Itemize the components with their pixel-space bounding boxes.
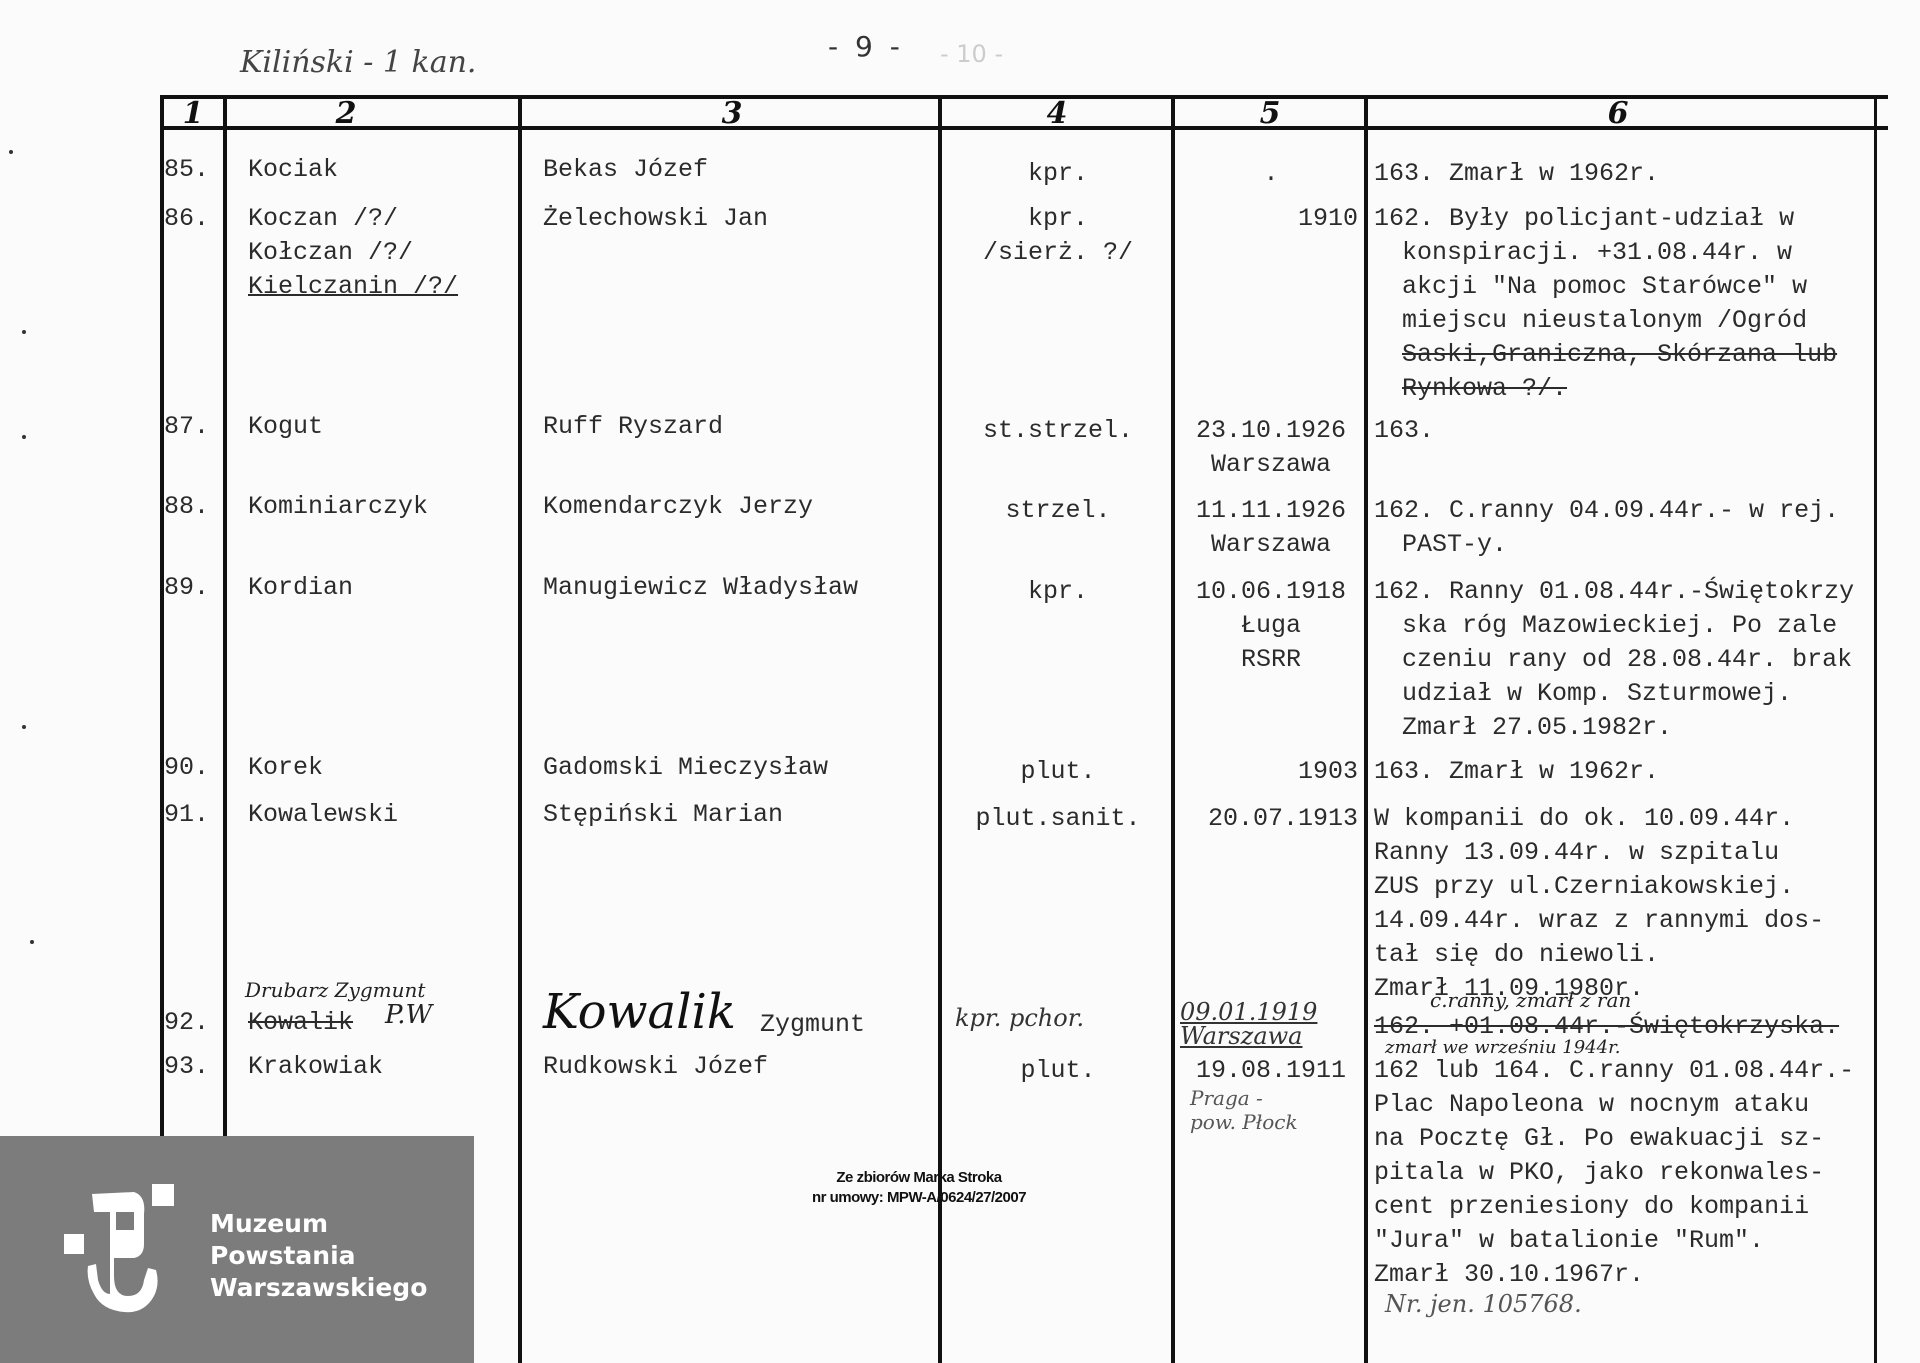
row-number: 91. [164,798,209,832]
handwritten-birth-place: Praga - pow. Płock [1190,1086,1298,1134]
handwritten-line: Praga - [1190,1086,1298,1110]
stamp-line-1: Ze zbiorów Marka Stroka [774,1168,1064,1188]
handwritten-pow-number: Nr. jen. 105768. [1385,1290,1582,1318]
notes: tał się do niewoli. [1374,938,1884,972]
birth-place: Warszawa [1178,528,1364,562]
handwritten-birth-date: 09.01.1919 [1180,1000,1317,1024]
handwritten-mark: P.W [385,1000,432,1030]
margin-dot [9,150,13,154]
header-bottom-border [160,126,1888,130]
pseudonym: Krakowiak [248,1050,383,1084]
kotwica-anchor-icon [64,1184,184,1314]
rank: plut.sanit. [944,802,1172,836]
pseudonym: Kogut [248,410,323,444]
notes: Saski,Graniczna, Skórzana lub [1402,338,1912,372]
ghost-page-number: - 10 - [940,40,1003,68]
notes: miejscu nieustalonym /Ogród [1402,304,1912,338]
stamp-line-2: nr umowy: MPW-A/0624/27/2007 [774,1188,1064,1208]
handwritten-heading: Kiliński - 1 kan. [240,45,476,80]
notes: "Jura" w batalionie "Rum". [1374,1224,1884,1258]
row-number: 93. [164,1050,209,1084]
pseudonym: Kociak [248,153,338,187]
birth-date: 23.10.1926 [1178,414,1364,448]
notes: czeniu rany od 28.08.44r. brak [1402,643,1912,677]
logo-line-3: Warszawskiego [210,1272,427,1304]
notes: akcji "Na pomoc Starówce" w [1402,270,1912,304]
birth-date: 19.08.1911 [1178,1054,1364,1088]
pseudonym: Korek [248,751,323,785]
birth-date: 20.07.1913 [1178,802,1364,836]
notes: 162. C.ranny 04.09.44r.- w rej. [1374,494,1884,528]
notes: cent przeniesiony do kompanii [1374,1190,1884,1224]
notes: Plac Napoleona w nocnym ataku [1374,1088,1884,1122]
birth-place: Ługa [1178,609,1364,643]
handwritten-note-above: c.ranny, zmarł z ran [1430,988,1631,1012]
handwritten-birth: 09.01.1919 Warszawa [1180,1000,1317,1048]
first-name: Zygmunt [760,1008,865,1042]
full-name: Stępiński Marian [543,798,783,832]
column-header-4: 4 [942,96,1172,126]
row-number: 92. [164,1006,209,1040]
rank: strzel. [944,494,1172,528]
pseudonym: Kordian [248,571,353,605]
logo-line-2: Powstania [210,1240,427,1272]
notes: 162 lub 164. C.ranny 01.08.44r.- [1374,1054,1884,1088]
birth-date: 1903 [1178,755,1364,789]
row-number: 88. [164,490,209,524]
full-name: Rudkowski Józef [543,1050,768,1084]
page-number: - 9 - [828,30,904,63]
handwritten-line: pow. Płock [1190,1110,1298,1134]
museum-logo-badge: Muzeum Powstania Warszawskiego [0,1136,474,1363]
column-divider [1364,95,1368,1363]
column-divider [518,95,522,1363]
margin-dot [22,435,26,439]
birth-date: . [1178,157,1364,191]
document-page: Kiliński - 1 kan. - 9 - - 10 - 1 2 3 4 5… [0,0,1920,1363]
notes: W kompanii do ok. 10.09.44r. [1374,802,1884,836]
rank: plut. [944,1054,1172,1088]
notes: Rynkowa ?/. [1402,372,1912,406]
notes: 163. Zmarł w 1962r. [1374,755,1884,789]
margin-dot [22,330,26,334]
pseudonym: Kowalik [248,1006,353,1040]
rank: kpr. [944,202,1172,236]
pseudonym: Kominiarczyk [248,490,428,524]
full-name: Manugiewicz Władysław [543,571,858,605]
notes: Zmarł 27.05.1982r. [1402,711,1912,745]
notes: udział w Komp. Szturmowej. [1402,677,1912,711]
handwritten-rank: kpr. pchor. [955,1004,1084,1032]
notes: pitala w PKO, jako rekonwales- [1374,1156,1884,1190]
column-header-2: 2 [226,96,466,126]
margin-dot [22,725,26,729]
notes: ZUS przy ul.Czerniakowskiej. [1374,870,1884,904]
logo-line-1: Muzeum [210,1208,427,1240]
rank: kpr. [944,575,1172,609]
pseudonym: Kielczanin /?/ [248,270,458,304]
full-name: Ruff Ryszard [543,410,723,444]
full-name: Komendarczyk Jerzy [543,490,813,524]
rank: plut. [944,755,1172,789]
birth-date: 11.11.1926 [1178,494,1364,528]
notes: ska róg Mazowieckiej. Po zale [1402,609,1912,643]
notes: 14.09.44r. wraz z rannymi dos- [1374,904,1884,938]
birth-date: 1910 [1178,202,1364,236]
column-header-6: 6 [1368,96,1868,126]
birth-place: Warszawa [1178,448,1364,482]
birth-date: 10.06.1918 [1178,575,1364,609]
pseudonym: Koczan /?/ [248,202,398,236]
row-number: 87. [164,410,209,444]
museum-name: Muzeum Powstania Warszawskiego [210,1208,427,1304]
notes: 163. [1374,414,1884,448]
notes: na Pocztę Gł. Po ewakuacji sz- [1374,1122,1884,1156]
handwritten-surname: Kowalik [543,984,736,1040]
column-header-3: 3 [522,96,942,126]
notes: Zmarł 30.10.1967r. [1374,1258,1884,1292]
row-number: 89. [164,571,209,605]
notes: 162. Ranny 01.08.44r.-Świętokrzy [1374,575,1884,609]
notes: Ranny 13.09.44r. w szpitalu [1374,836,1884,870]
rank: st.strzel. [944,414,1172,448]
notes: konspiracji. +31.08.44r. w [1402,236,1912,270]
rank: /sierż. ?/ [944,236,1172,270]
full-name: Żelechowski Jan [543,202,768,236]
column-divider [1171,95,1175,1363]
full-name: Bekas Józef [543,153,708,187]
notes: 162. Były policjant-udział w [1374,202,1884,236]
handwritten-birth-place: Warszawa [1180,1024,1317,1048]
birth-place: RSRR [1178,643,1364,677]
row-number: 86. [164,202,209,236]
notes: 163. Zmarł w 1962r. [1374,157,1884,191]
column-header-1: 1 [164,96,222,126]
rank: kpr. [944,157,1172,191]
row-number: 90. [164,751,209,785]
row-number: 85. [164,153,209,187]
column-header-5: 5 [1175,96,1365,126]
collection-stamp: Ze zbiorów Marka Stroka nr umowy: MPW-A/… [774,1168,1064,1208]
handwritten-pseudonym: Drubarz Zygmunt [245,978,425,1002]
margin-dot [30,940,34,944]
pseudonym: Kołczan /?/ [248,236,413,270]
notes: PAST-y. [1402,528,1912,562]
full-name: Gadomski Mieczysław [543,751,828,785]
pseudonym: Kowalewski [248,798,398,832]
